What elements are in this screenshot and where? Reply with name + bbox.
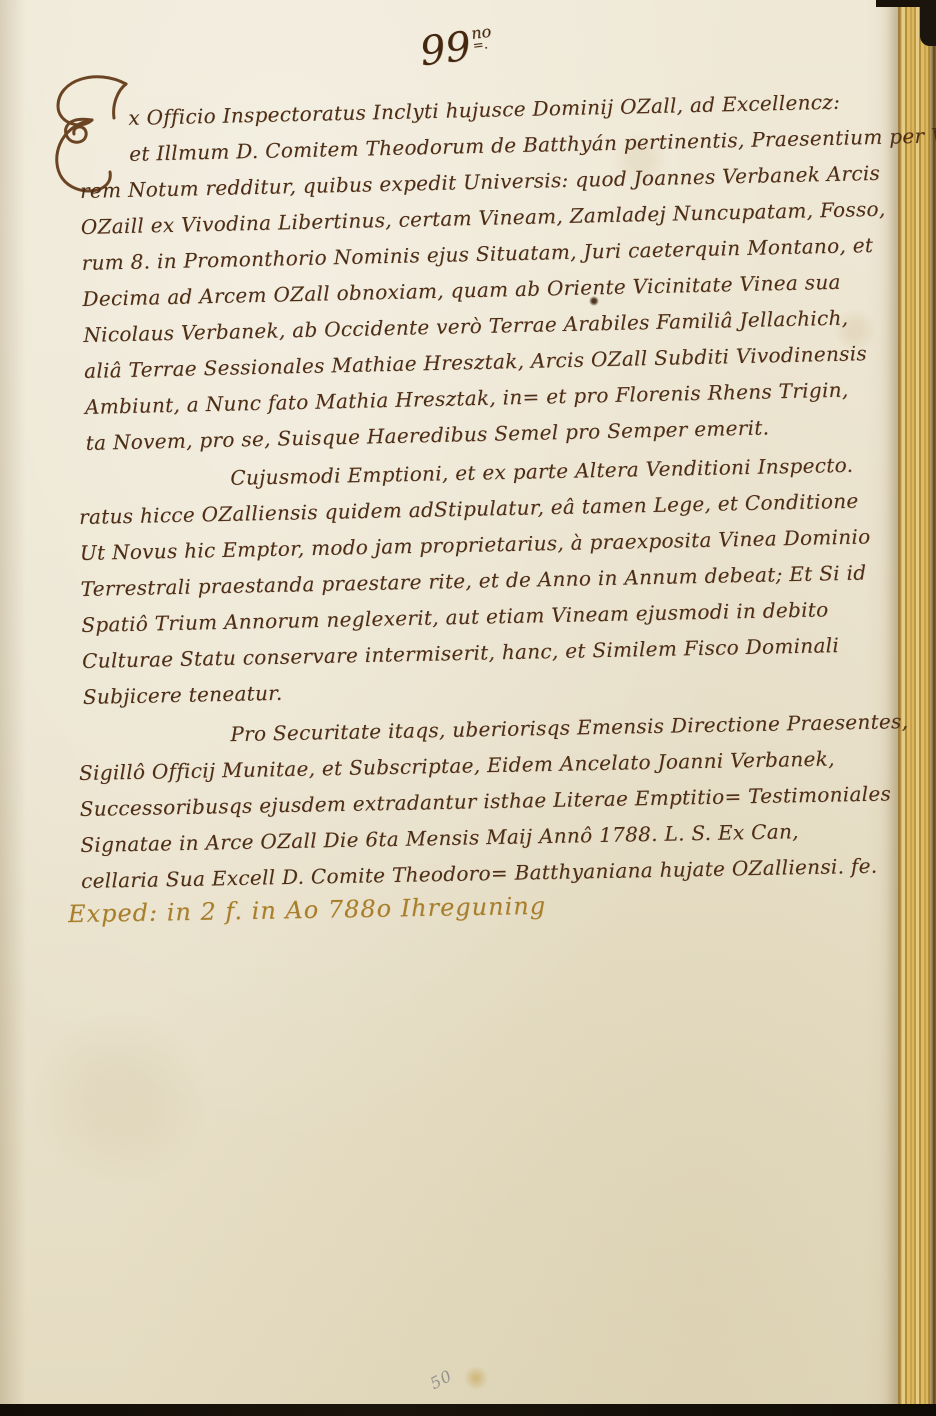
- scan-bottom-border: [0, 1404, 936, 1416]
- scan-top-right-corner: [920, 0, 936, 46]
- page-number-suffix-stack: no =.: [470, 24, 493, 52]
- paragraph-1: x Officio Inspectoratus Inclyti hujusce …: [78, 82, 931, 461]
- page-number: 99: [418, 26, 473, 72]
- paragraph-3: Pro Securitate itaqs, uberiorisqs Emensi…: [78, 703, 926, 899]
- paragraph-2: Cujusmodi Emptioni, et ex parte Altera V…: [78, 445, 928, 715]
- page-number-underline: =.: [472, 39, 488, 52]
